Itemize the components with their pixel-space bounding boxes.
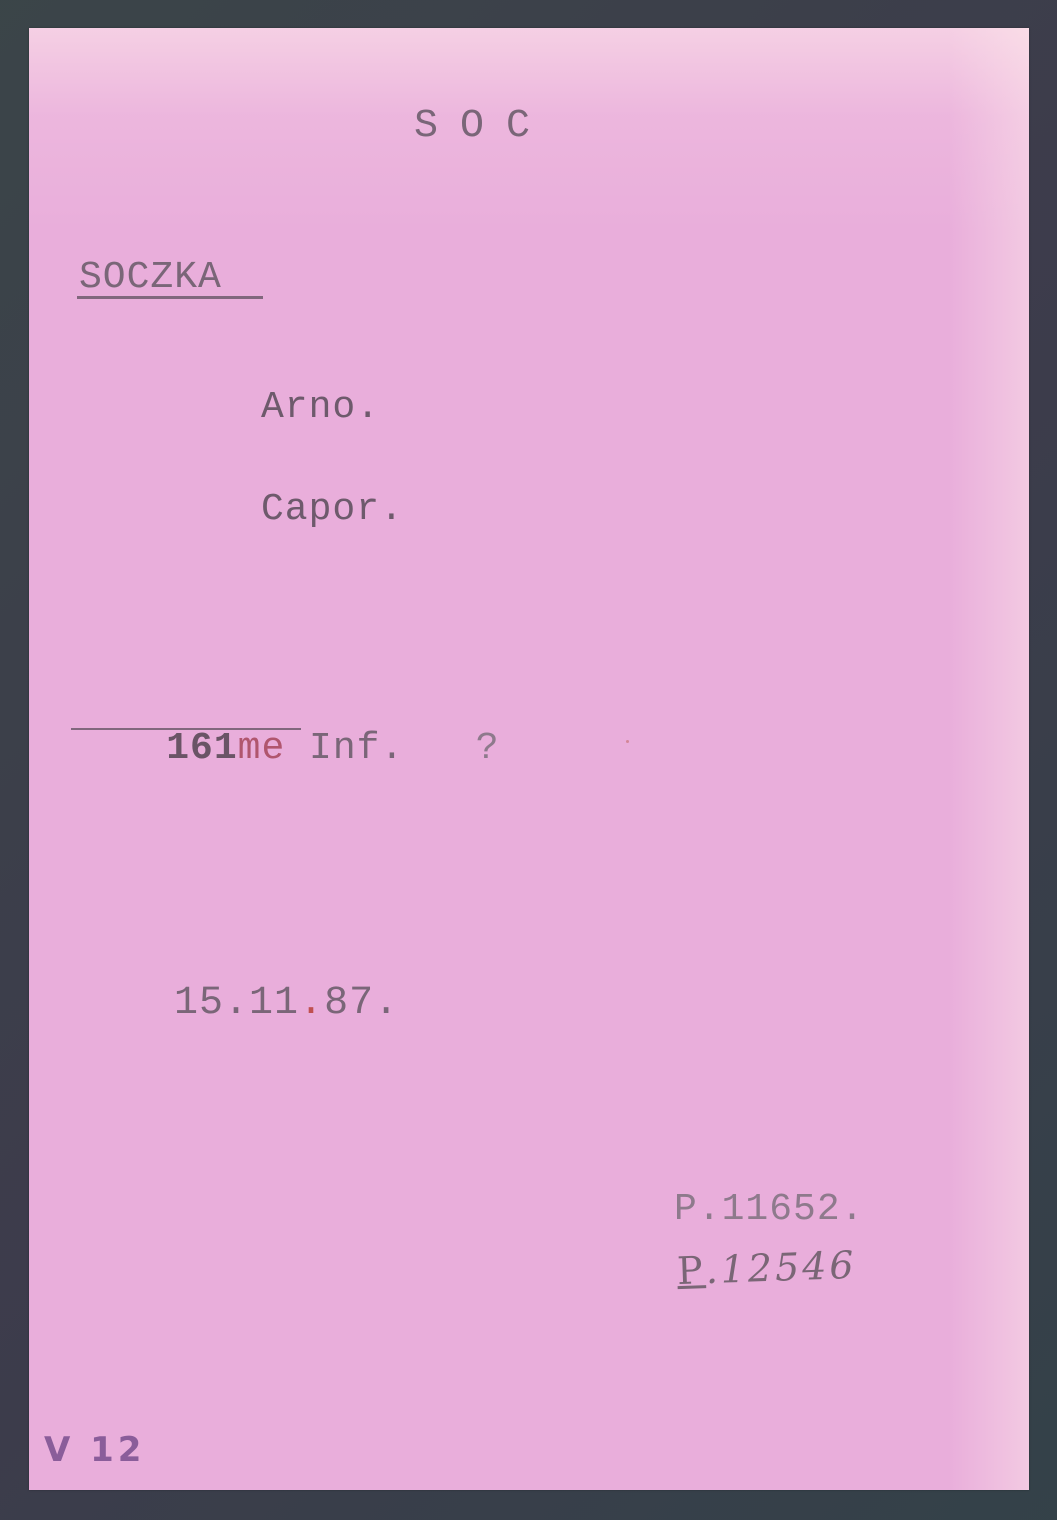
unit-underline: [71, 728, 301, 730]
ink-speck: [626, 740, 629, 743]
unit-suffix: me: [238, 727, 286, 770]
reference-handwritten-number: .12546: [705, 1243, 857, 1292]
index-card: SOC SOCZKA Arno. Capor. 161me Inf. ? 15.…: [29, 28, 1029, 1490]
unit-query-mark: ?: [404, 727, 499, 770]
date: 15.11.87.: [74, 936, 399, 1071]
reference-handwritten-prefix: P: [676, 1248, 706, 1293]
date-year: 87.: [324, 981, 399, 1026]
surname-underline: [77, 296, 263, 299]
unit: 161me Inf. ?: [71, 684, 500, 813]
date-day-month: 15.11: [174, 981, 299, 1026]
first-name: Arno.: [261, 386, 380, 429]
surname: SOCZKA: [79, 256, 222, 299]
stamp: V 12: [44, 1430, 145, 1470]
reference-typed: P.11652.: [674, 1188, 864, 1231]
reference-handwritten: P.12546: [676, 1243, 857, 1293]
header-code: SOC: [414, 104, 552, 149]
date-separator: .: [299, 981, 324, 1026]
unit-branch: Inf.: [285, 727, 404, 770]
rank: Capor.: [261, 488, 404, 531]
unit-number: 161: [166, 727, 237, 770]
